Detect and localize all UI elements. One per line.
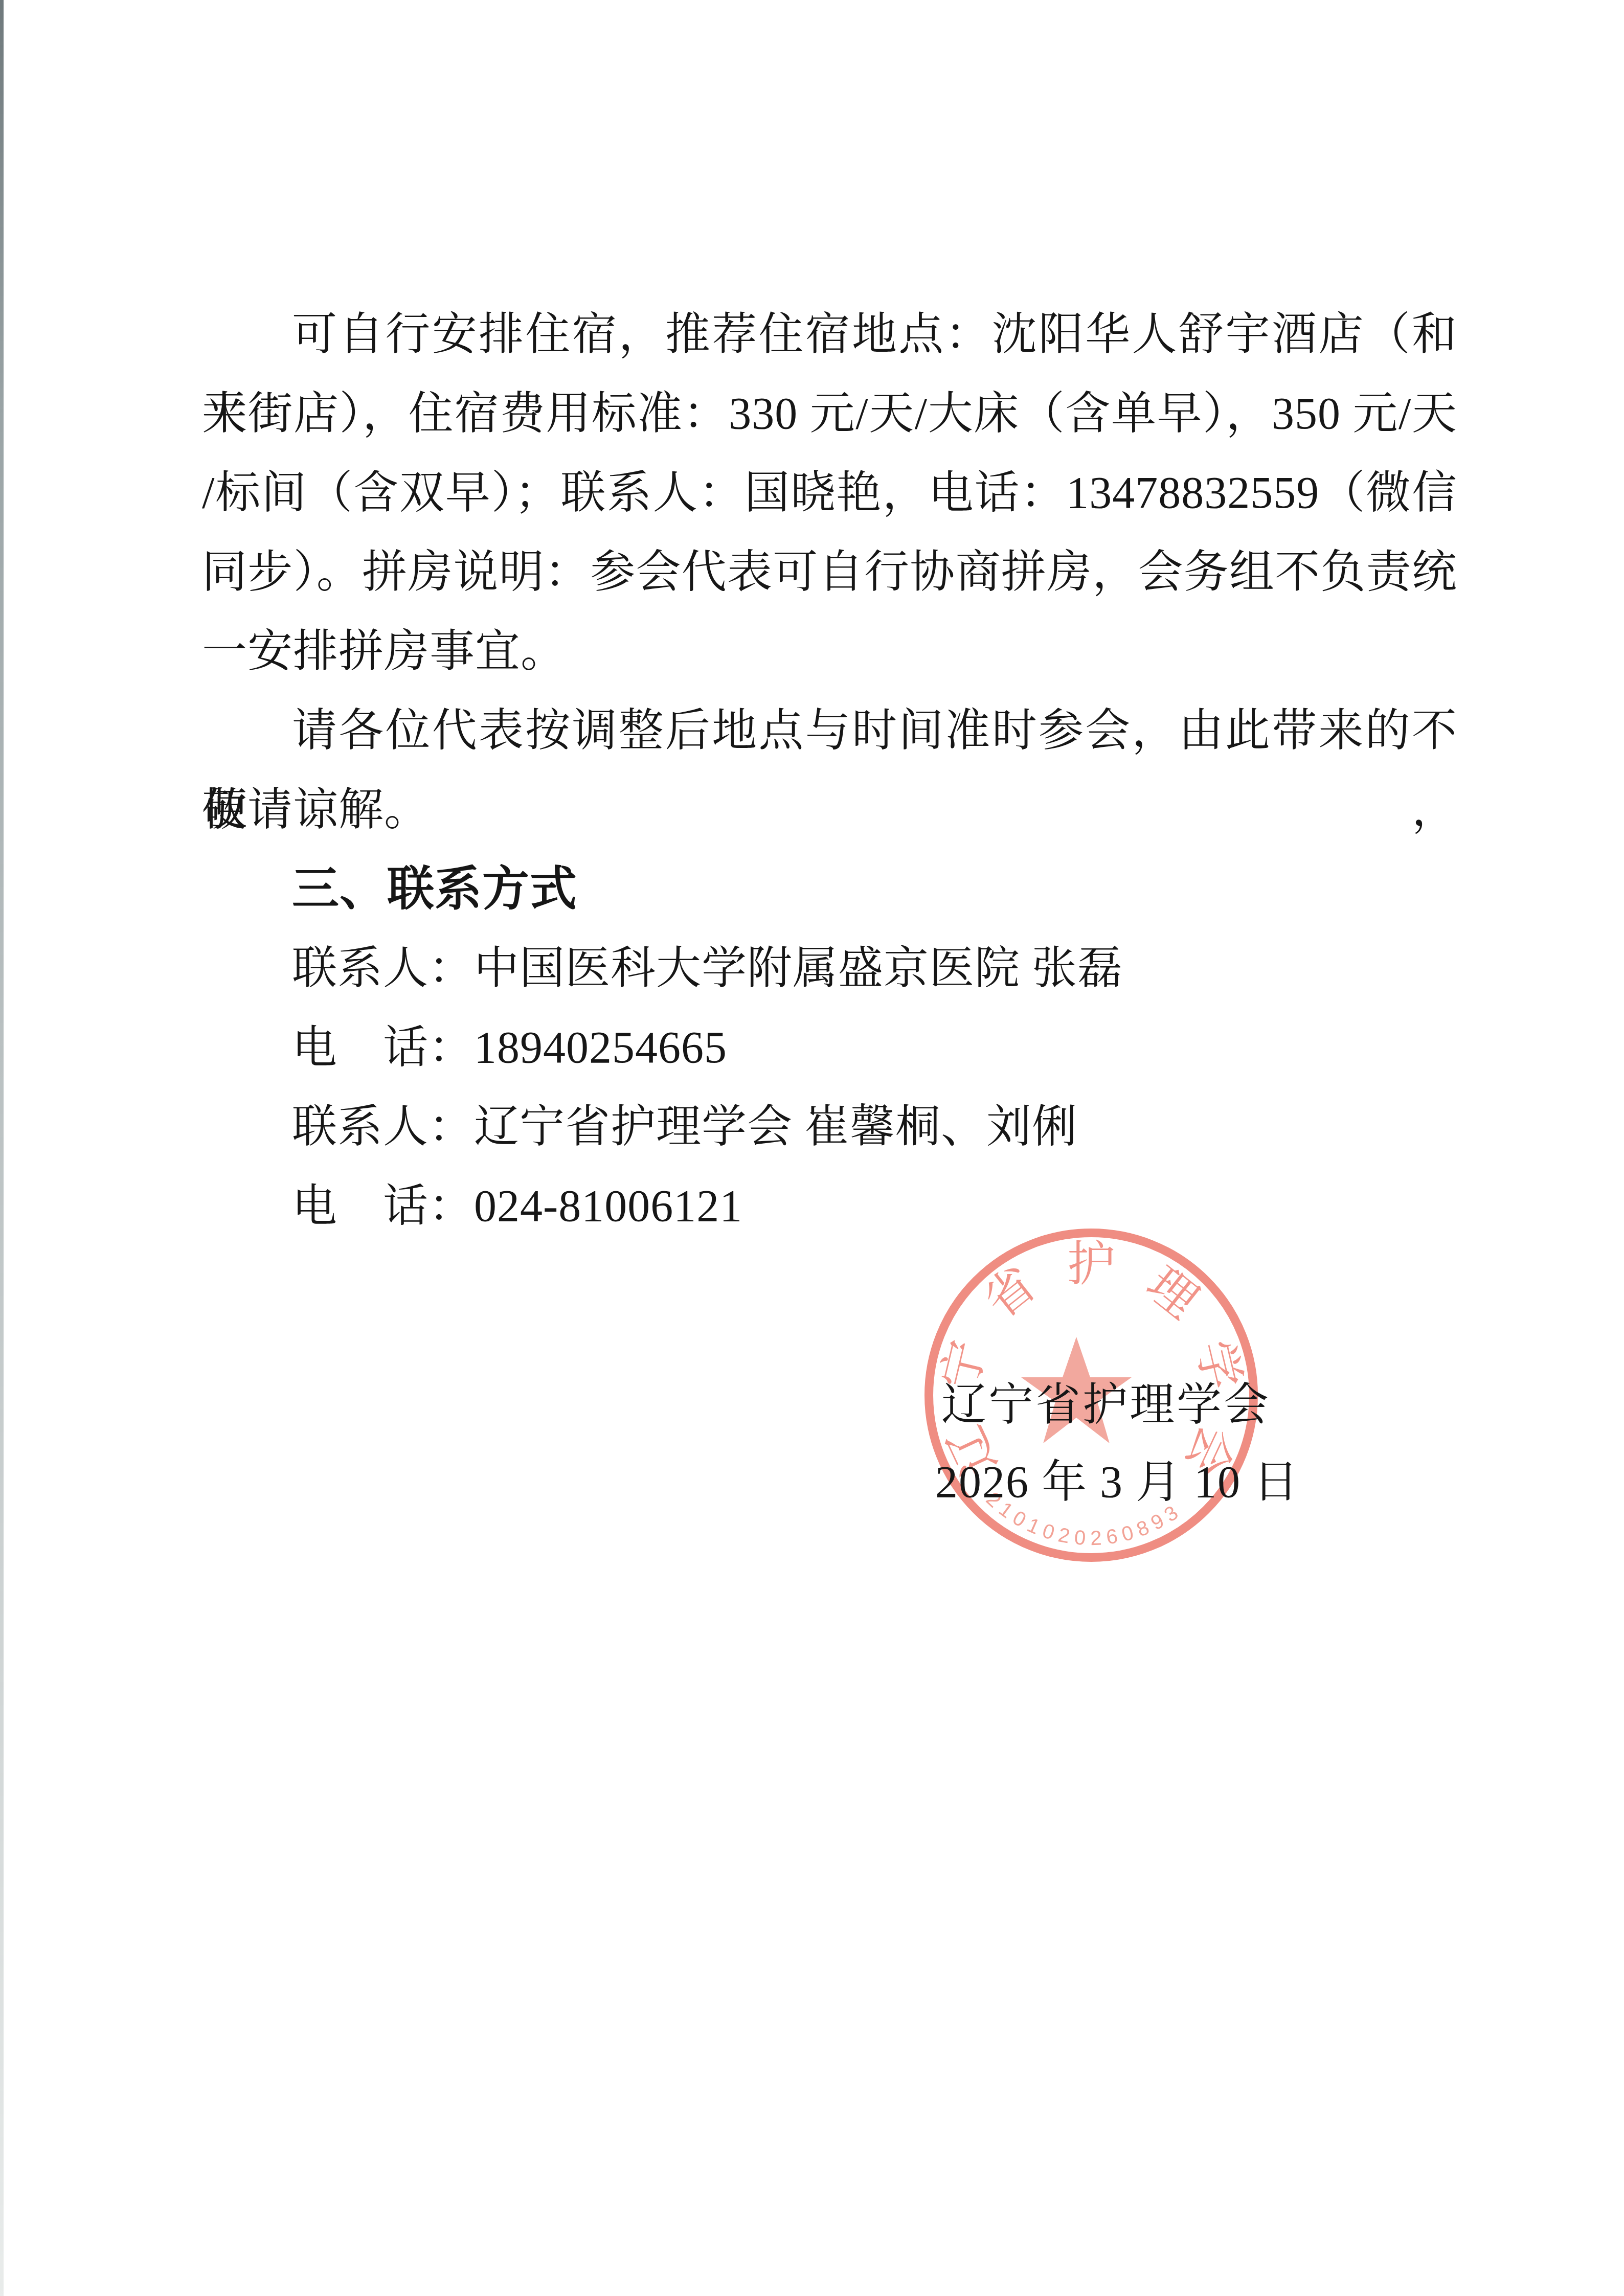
document-page: 可自行安排住宿，推荐住宿地点：沈阳华人舒宇酒店（和平 大街店），住宿费用标准：3… (0, 0, 1624, 2296)
contact-line: 电 话：18940254665 (202, 1008, 1457, 1087)
document-body: 可自行安排住宿，推荐住宿地点：沈阳华人舒宇酒店（和平 大街店），住宿费用标准：3… (202, 295, 1457, 1246)
body-line: /标间（含双早）；联系人：国晓艳，电话：13478832559（微信 (202, 453, 1457, 533)
body-line: 一安排拼房事宜。 (202, 612, 1457, 691)
scan-edge-artifact (0, 0, 4, 2296)
signature-date: 2026 年 3 月 10 日 (935, 1449, 1299, 1516)
section-heading: 三、联系方式 (202, 850, 1457, 929)
signature-org: 辽宁省护理学会 (941, 1372, 1271, 1439)
contact-line: 联系人：中国医科大学附属盛京医院 张磊 (202, 929, 1457, 1008)
body-line: 同步）。拼房说明：参会代表可自行协商拼房，会务组不负责统 (202, 533, 1457, 612)
body-line: 请各位代表按调整后地点与时间准时参会，由此带来的不便， (202, 691, 1457, 770)
contact-line: 联系人：辽宁省护理学会 崔馨桐、刘俐 (202, 1087, 1457, 1167)
body-line: 大街店），住宿费用标准：330 元/天/大床（含单早），350 元/天 (202, 374, 1457, 453)
contact-line: 电 话：024-81006121 (202, 1167, 1457, 1246)
body-line: 可自行安排住宿，推荐住宿地点：沈阳华人舒宇酒店（和平 (202, 295, 1457, 374)
